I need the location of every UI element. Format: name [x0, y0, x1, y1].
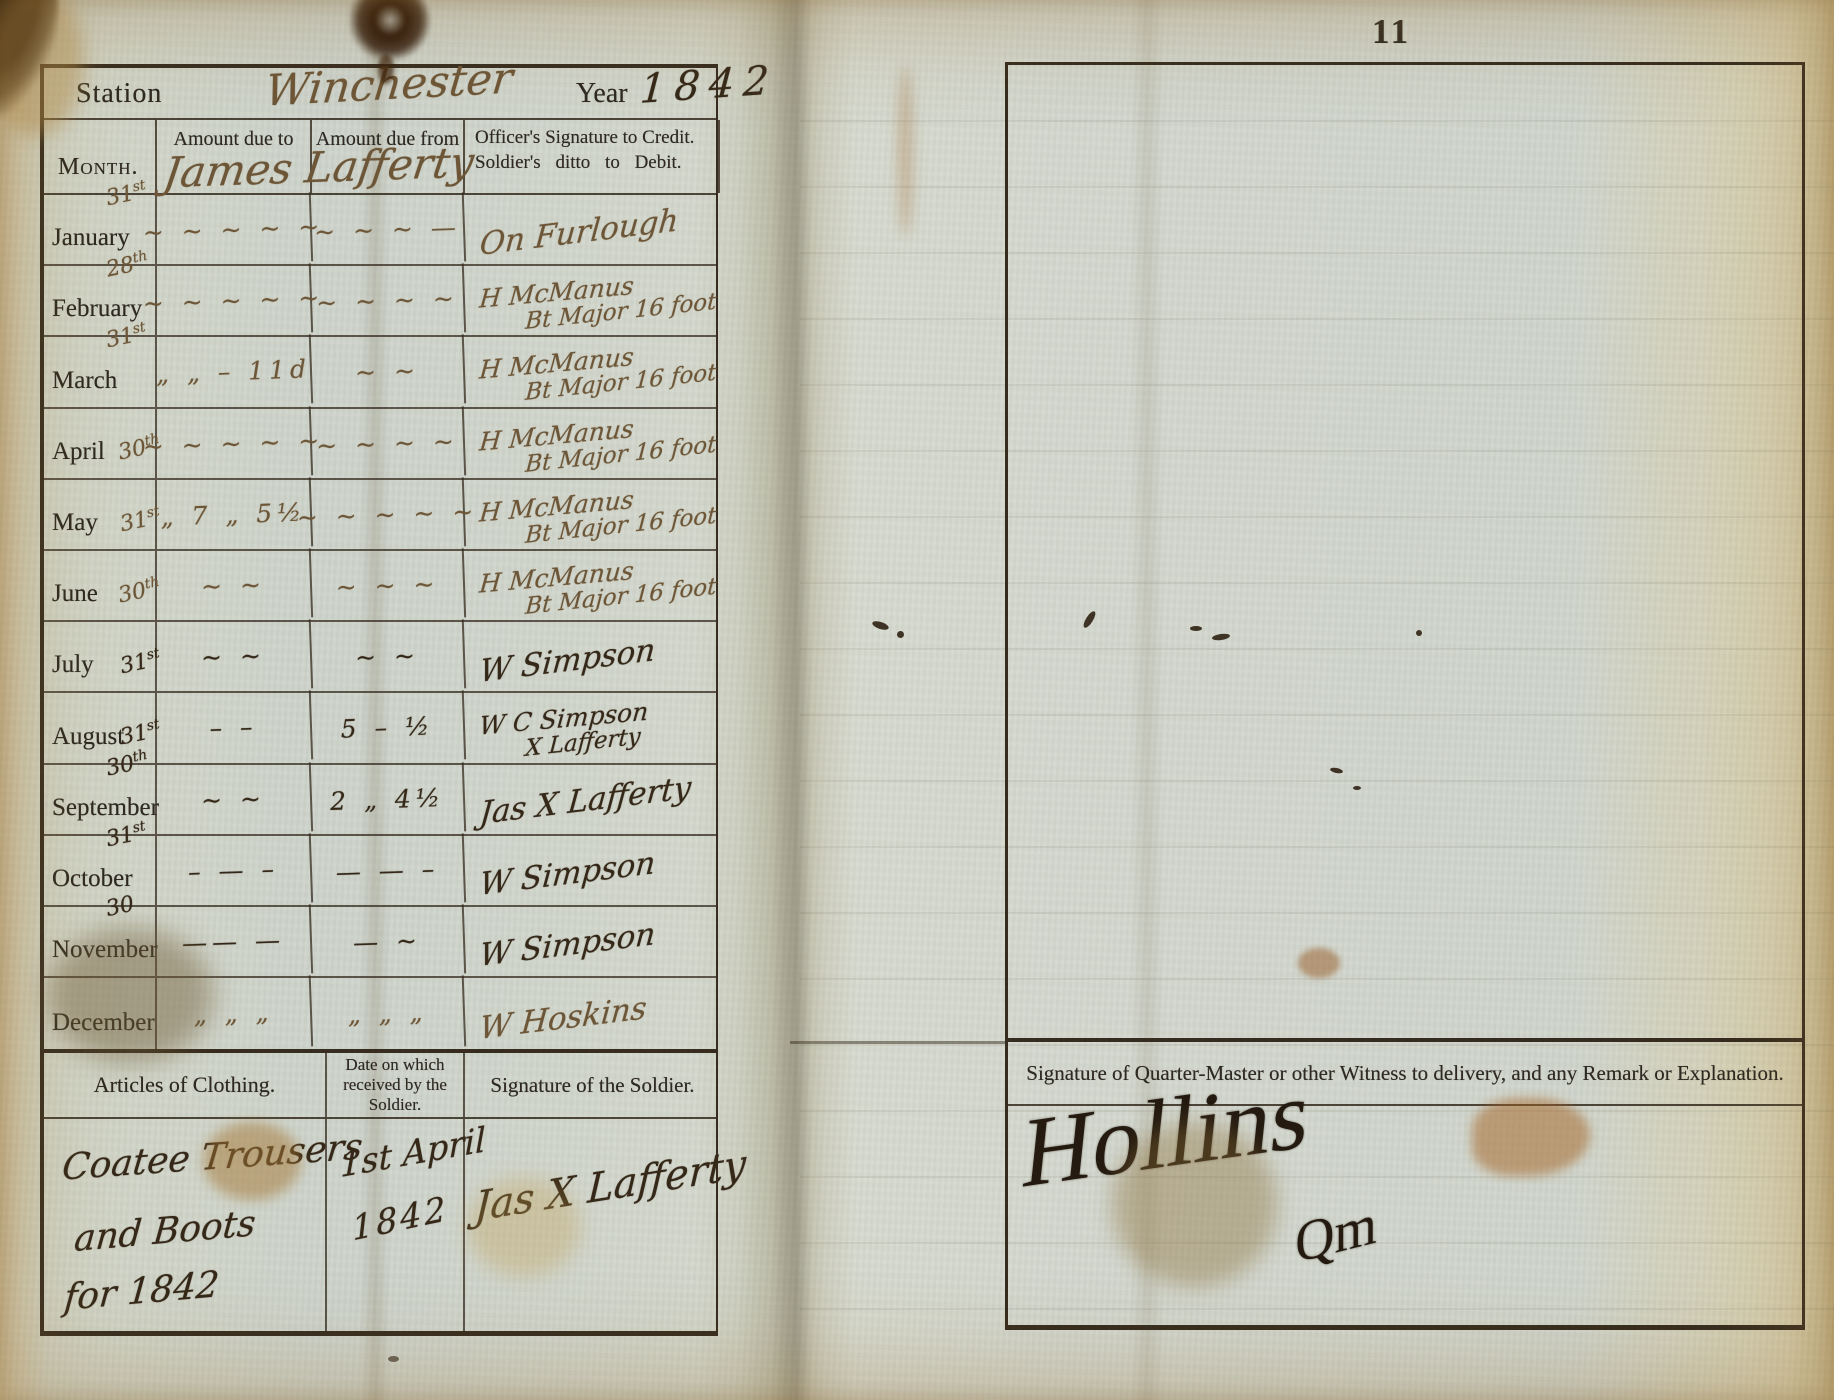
- officer-signature-cell: On Furlough: [465, 195, 720, 264]
- month-day-suffix: th: [131, 248, 149, 267]
- ledger-month-row: October 31st – — – — — – W Simpson: [44, 836, 716, 907]
- amount-due-to-cell: ~ ~ ~ ~ ~: [156, 264, 313, 339]
- ledger-month-row: November 30 —— — — ~ W Simpson: [44, 907, 716, 978]
- officer-signature-cell: W C Simpson X Lafferty: [465, 693, 720, 762]
- amount-due-from-cell: — — –: [311, 833, 466, 907]
- amount-due-to-cell: „ „ „: [156, 975, 313, 1052]
- officer-signature-line1: Jas X Lafferty: [478, 766, 720, 832]
- month-day-suffix: st: [131, 177, 147, 195]
- date-received-header-line1: Date on which: [345, 1055, 444, 1075]
- month-day-suffix: th: [143, 574, 161, 593]
- month-cell: July 31st: [44, 622, 157, 691]
- articles-line1: Coatee Trousers: [60, 1127, 364, 1189]
- date-received-header-line2: received by the: [343, 1075, 447, 1095]
- amount-due-from-cell: ~ ~ ~ ~ ~: [311, 477, 466, 551]
- month-cell: November 30: [44, 907, 157, 976]
- amount-due-to-cell: ~ ~: [156, 619, 313, 694]
- month-cell: April 30th: [44, 409, 157, 478]
- page-number: 11: [1372, 12, 1411, 52]
- quarter-master-signature-area: Hollins Qm: [1008, 1106, 1802, 1321]
- month-label: May: [52, 509, 98, 537]
- month-day-handwritten: 31st: [118, 503, 163, 537]
- officer-signature-cell: Jas X Lafferty: [465, 765, 720, 834]
- month-label: April: [52, 438, 105, 466]
- amount-due-to-cell: „ „ – 11d: [156, 335, 313, 410]
- month-day-handwritten: 30th: [116, 574, 163, 609]
- station-row: Station Winchester Year 1842: [44, 68, 716, 120]
- amount-due-from-cell: ~ ~ ~ —: [311, 192, 466, 266]
- month-label: March: [52, 367, 117, 395]
- book-gutter-shadow: [738, 0, 854, 1400]
- year-value-handwritten: 1842: [639, 57, 780, 113]
- amount-due-from-cell: — ~: [311, 904, 466, 978]
- clothing-entry-row: Coatee Trousers and Boots for 1842 1st A…: [44, 1119, 716, 1333]
- station-value-handwritten: Winchester: [237, 52, 542, 118]
- amount-due-to-cell: „ 7 „ 5½: [156, 477, 313, 552]
- month-label: August: [52, 723, 124, 751]
- month-cell: June 30th: [44, 551, 157, 620]
- amount-due-to-cell: ~ ~: [156, 548, 313, 623]
- officer-signature-cell: W Hoskins: [465, 978, 720, 1049]
- amount-due-from-cell: ~ ~: [311, 335, 466, 409]
- date-received-header: Date on which received by the Soldier.: [327, 1053, 465, 1117]
- articles-line3: for 1842: [62, 1264, 220, 1319]
- year-label: Year: [576, 78, 628, 110]
- month-label: October: [52, 865, 133, 893]
- ledger-scan-page: 11 Station Winchester Year 1842 Month. A…: [0, 0, 1834, 1400]
- ledger-month-row: June 30th ~ ~ ~ ~ ~ H McManus Bt Major 1…: [44, 551, 716, 622]
- month-cell: December: [44, 978, 157, 1049]
- amount-due-from-cell: ~ ~ ~: [311, 548, 466, 622]
- top-center-burn-stain: [350, 0, 430, 60]
- month-label: December: [52, 1009, 155, 1037]
- amount-due-to-cell: ~ ~ ~ ~ ~: [156, 406, 313, 481]
- ink-spatter: [388, 1356, 399, 1362]
- amount-due-from-cell: ~ ~: [311, 619, 466, 693]
- monthly-account-table: Station Winchester Year 1842 Month. Amou…: [40, 64, 718, 1336]
- month-day-handwritten: 31st: [118, 645, 163, 679]
- amount-due-to-cell: ~ ~: [156, 762, 313, 837]
- amount-due-to-cell: – –: [156, 691, 313, 766]
- month-label: November: [52, 936, 158, 964]
- officer-signature-cell: H McManus Bt Major 16 foot: [465, 266, 720, 335]
- amount-due-from-cell: „ „ „: [311, 975, 466, 1051]
- month-label: June: [52, 580, 98, 608]
- officer-signature-cell: W Simpson: [465, 907, 720, 976]
- month-label: February: [52, 295, 142, 323]
- ledger-month-row: July 31st ~ ~ ~ ~ W Simpson: [44, 622, 716, 693]
- witness-box: Signature of Quarter-Master or other Wit…: [1005, 62, 1805, 1330]
- month-day-suffix: st: [131, 319, 147, 337]
- amount-due-from-cell: 2 „ 4½: [311, 762, 466, 836]
- soldier-signature-handwritten: Jas X Lafferty: [473, 1141, 747, 1231]
- amount-due-to-cell: – — –: [156, 833, 313, 908]
- quarter-master-signature-suffix: Qm: [1295, 1191, 1377, 1277]
- ink-spatter: [897, 631, 904, 638]
- month-day-number: 30: [104, 892, 137, 922]
- officer-signature-cell: H McManus Bt Major 16 foot: [465, 409, 720, 478]
- month-rows: January 31st ~ ~ ~ ~ ~ ~ ~ ~ — On Furlou…: [44, 195, 716, 1049]
- amount-due-from-cell: ~ ~ ~ ~: [311, 264, 466, 338]
- month-cell: March 31st: [44, 337, 157, 406]
- articles-of-clothing-header: Articles of Clothing.: [44, 1053, 327, 1117]
- officer-signature-line1: W Simpson: [478, 624, 720, 690]
- officer-signature-cell: H McManus Bt Major 16 foot: [465, 551, 720, 620]
- officer-signature-cell: H McManus Bt Major 16 foot: [465, 337, 720, 406]
- date-received-line1: 1st April: [340, 1120, 486, 1186]
- witness-blank-area: [1008, 65, 1802, 1042]
- month-day-suffix: th: [131, 746, 149, 765]
- officer-signature-line1: W Simpson: [478, 908, 720, 974]
- month-day-handwritten: 30: [104, 890, 137, 922]
- articles-line2: and Boots: [73, 1203, 258, 1260]
- month-label: January: [52, 224, 130, 252]
- ledger-month-row: March 31st „ „ – 11d ~ ~ H McManus Bt Ma…: [44, 337, 716, 408]
- officer-signature-cell: H McManus Bt Major 16 foot: [465, 480, 720, 549]
- ledger-month-row: May 31st „ 7 „ 5½ ~ ~ ~ ~ ~ H McManus Bt…: [44, 480, 716, 551]
- amount-due-to-cell: —— —: [156, 904, 313, 979]
- clothing-header-row: Articles of Clothing. Date on which rece…: [44, 1049, 716, 1119]
- date-received-header-line3: Soldier.: [369, 1095, 421, 1115]
- officer-signature-cell: W Simpson: [465, 836, 720, 905]
- ink-spatter: [871, 620, 889, 632]
- month-cell: May 31st: [44, 480, 157, 549]
- amount-due-from-cell: 5 – ½: [311, 691, 466, 765]
- fold-rust-streak: [898, 66, 913, 236]
- articles-of-clothing-entry: Coatee Trousers and Boots for 1842: [44, 1119, 327, 1333]
- ledger-month-row: April 30th ~ ~ ~ ~ ~ ~ ~ ~ ~ H McManus B…: [44, 409, 716, 480]
- amount-due-to-cell: ~ ~ ~ ~ ~: [156, 192, 313, 267]
- gutter-fold-line: [790, 1041, 1005, 1044]
- amount-due-from-cell: ~ ~ ~ ~: [311, 406, 466, 480]
- station-label: Station: [76, 78, 162, 110]
- date-received-entry: 1st April 1842: [327, 1119, 465, 1333]
- month-day-handwritten: 31st: [118, 716, 163, 750]
- month-cell: October 31st: [44, 836, 157, 905]
- officer-signature-line1: W Simpson: [478, 837, 720, 903]
- month-day-suffix: th: [143, 431, 161, 450]
- soldier-signature-header: Signature of the Soldier.: [465, 1053, 720, 1117]
- officer-signature-cell: W Simpson: [465, 622, 720, 691]
- soldier-signature-entry: Jas X Lafferty: [465, 1119, 720, 1333]
- ledger-month-row: December „ „ „ „ „ „ W Hoskins: [44, 978, 716, 1049]
- month-label: July: [52, 651, 94, 679]
- date-received-line2: 1842: [351, 1189, 450, 1250]
- officer-signature-line1: On Furlough: [478, 197, 720, 263]
- officer-signature-line1: W Hoskins: [478, 981, 720, 1047]
